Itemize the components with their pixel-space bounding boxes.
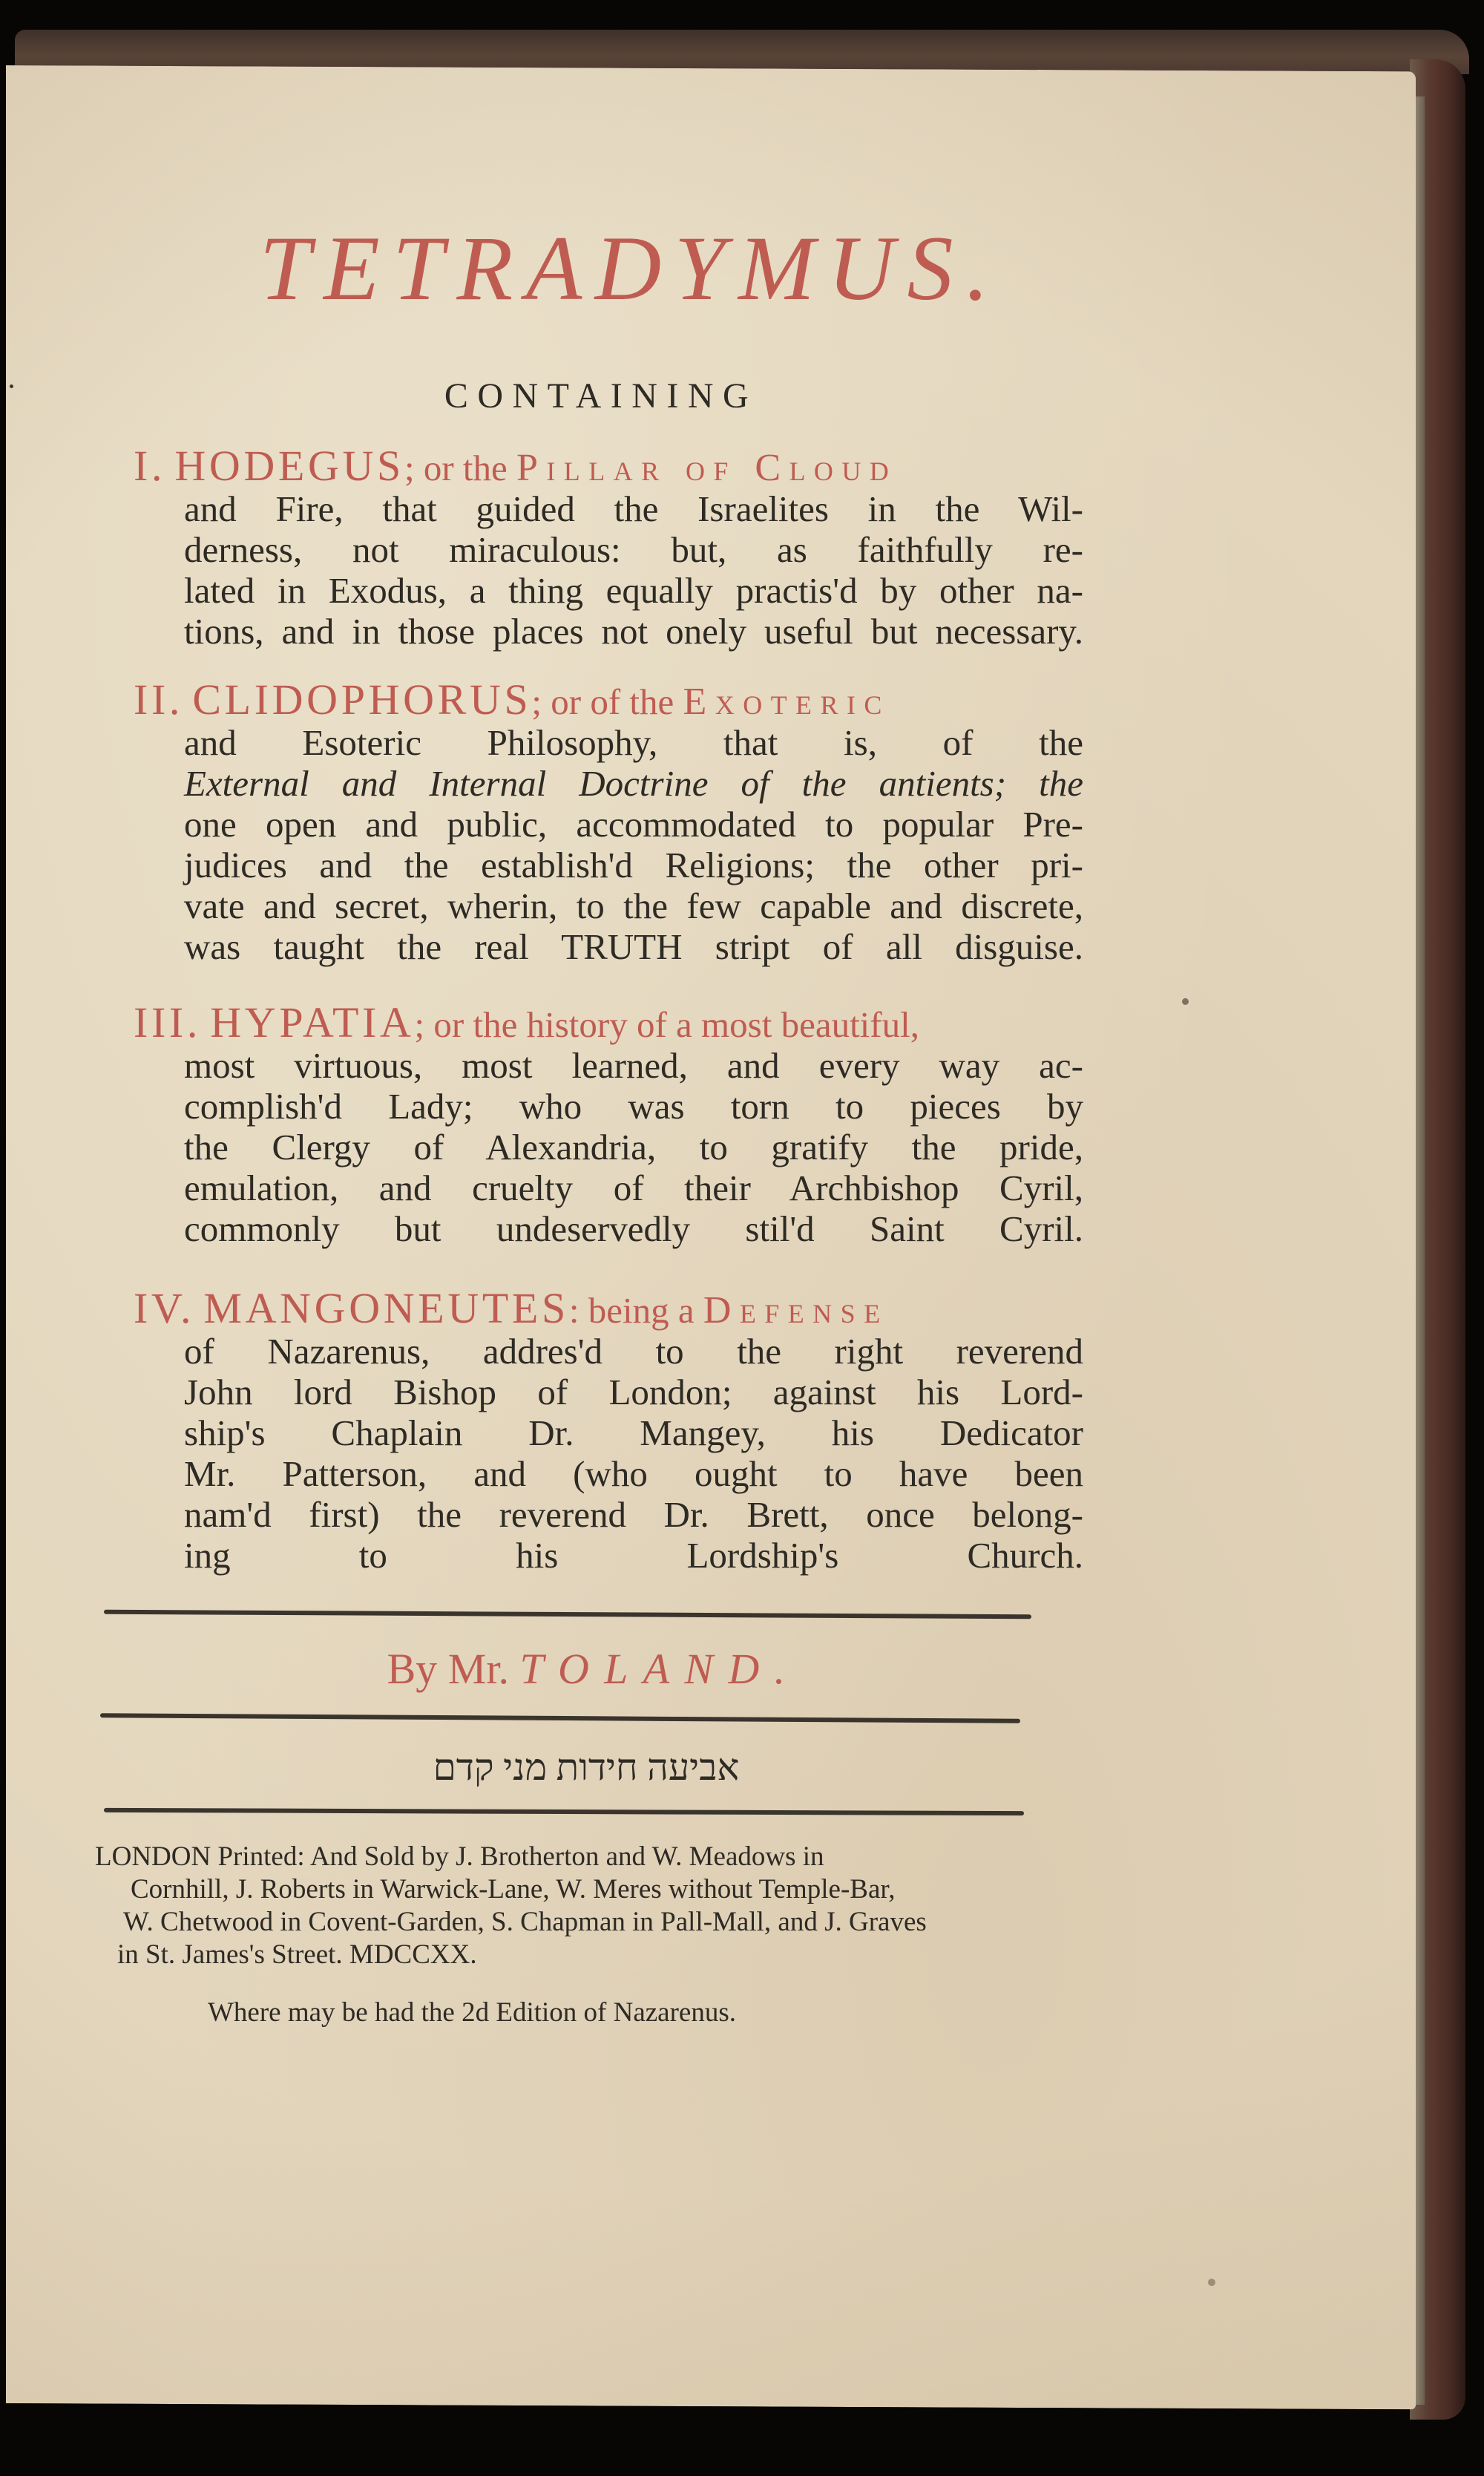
- section-mangoneutes: IV. MANGONEUTES: being a Defense of Naza…: [134, 1288, 1083, 1576]
- section-heading-text: ; or the: [404, 448, 516, 488]
- section-heading-smallcaps: Pillar of Cloud: [516, 447, 897, 489]
- body-line: External and Internal Doctrine of the an…: [184, 763, 1083, 804]
- body-line: and Esoteric Philosophy, that is, of the: [184, 722, 1083, 763]
- body-line: nam'd first) the reverend Dr. Brett, onc…: [184, 1494, 1083, 1535]
- section-body: of Nazarenus, addres'd to the right reve…: [134, 1331, 1083, 1576]
- section-heading-text: : being a: [569, 1290, 703, 1331]
- author-name: TOLAND.: [519, 1645, 800, 1693]
- section-heading-text: ; or of the: [531, 681, 683, 722]
- section-hodegus: I. HODEGUS; or the Pillar of Cloud and F…: [134, 445, 1083, 652]
- section-numeral: IV.: [134, 1284, 194, 1332]
- body-line: complish'd Lady; who was torn to pieces …: [184, 1086, 1083, 1127]
- body-line: commonly but undeservedly stil'd Saint C…: [184, 1208, 1083, 1249]
- body-line: John lord Bishop of London; against his …: [184, 1372, 1083, 1412]
- paper-spot: [10, 384, 13, 388]
- section-name: MANGONEUTES: [203, 1284, 568, 1332]
- byline-prefix: By Mr.: [387, 1645, 520, 1693]
- imprint: LONDON Printed: And Sold by J. Brotherto…: [95, 1841, 1030, 1971]
- section-heading-text: ; or the history of a most beautiful,: [415, 1004, 919, 1045]
- body-line: Mr. Patterson, and (who ought to have be…: [184, 1453, 1083, 1494]
- section-clidophorus: II. CLIDOPHORUS; or of the Exoteric and …: [134, 679, 1083, 967]
- body-line: emulation, and cruelty of their Archbish…: [184, 1167, 1083, 1208]
- section-name: HODEGUS: [174, 442, 404, 490]
- paper-spot: [1208, 2279, 1215, 2286]
- imprint-line: LONDON Printed: And Sold by J. Brotherto…: [95, 1841, 1030, 1873]
- section-numeral: III.: [134, 998, 201, 1047]
- hebrew-epigraph: אביעה חידות מני קדם: [312, 1746, 861, 1789]
- section-heading: II. CLIDOPHORUS; or of the Exoteric: [134, 679, 1083, 722]
- section-name: CLIDOPHORUS: [192, 675, 531, 724]
- body-line: lated in Exodus, a thing equally practis…: [184, 570, 1083, 611]
- body-line: tions, and in those places not onely use…: [184, 611, 1083, 652]
- subtitle-containing: CONTAINING: [356, 376, 846, 416]
- imprint-line: W. Chetwood in Covent-Garden, S. Chapman…: [95, 1906, 1030, 1939]
- body-line: the Clergy of Alexandria, to gratify the…: [184, 1127, 1083, 1167]
- book-title: TETRADYMUS.: [156, 223, 1106, 315]
- body-line: of Nazarenus, addres'd to the right reve…: [184, 1331, 1083, 1372]
- section-numeral: II.: [134, 675, 183, 724]
- body-line: ing to his Lordship's Church.: [184, 1535, 1083, 1576]
- imprint-line: in St. James's Street. MDCCXX.: [95, 1939, 1030, 1971]
- section-heading-smallcaps: Defense: [703, 1289, 889, 1332]
- body-line: vate and secret, wherin, to the few capa…: [184, 885, 1083, 926]
- body-line: and Fire, that guided the Israelites in …: [184, 488, 1083, 529]
- body-line: ship's Chaplain Dr. Mangey, his Dedicato…: [184, 1412, 1083, 1453]
- edition-note: Where may be had the 2d Edition of Nazar…: [208, 1997, 950, 2028]
- section-heading: III. HYPATIA; or the history of a most b…: [134, 1002, 1083, 1045]
- section-name: HYPATIA: [210, 998, 414, 1047]
- imprint-line: Cornhill, J. Roberts in Warwick-Lane, W.…: [95, 1873, 1030, 1906]
- body-line: judices and the establish'd Religions; t…: [184, 845, 1083, 885]
- section-body: and Esoteric Philosophy, that is, of the…: [134, 722, 1083, 967]
- section-numeral: I.: [134, 442, 165, 490]
- section-hypatia: III. HYPATIA; or the history of a most b…: [134, 1002, 1083, 1249]
- paper-spot: [1182, 998, 1189, 1005]
- section-body: and Fire, that guided the Israelites in …: [134, 488, 1083, 652]
- body-line: derness, not miraculous: but, as faithfu…: [184, 529, 1083, 570]
- section-body: most virtuous, most learned, and every w…: [134, 1045, 1083, 1249]
- section-heading: IV. MANGONEUTES: being a Defense: [134, 1288, 1083, 1331]
- section-heading-smallcaps: Exoteric: [683, 681, 890, 723]
- body-line: one open and public, accommodated to pop…: [184, 804, 1083, 845]
- section-heading: I. HODEGUS; or the Pillar of Cloud: [134, 445, 1083, 488]
- author-byline: By Mr. TOLAND.: [297, 1644, 890, 1694]
- body-line: most virtuous, most learned, and every w…: [184, 1045, 1083, 1086]
- body-line: was taught the real TRUTH stript of all …: [184, 926, 1083, 967]
